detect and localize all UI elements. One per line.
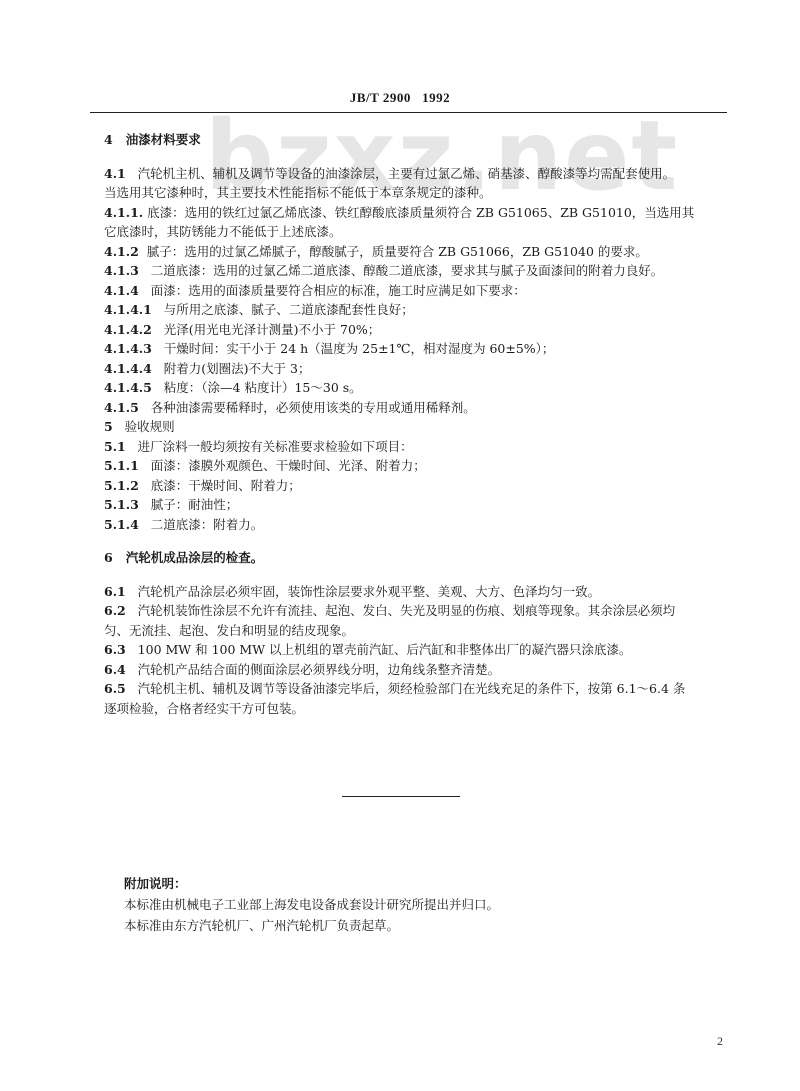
clause-text: 汽轮机装饰性涂层不允许有流挂、起泡、发白、失光及明显的伤痕、划痕等现象。其余涂层… — [138, 603, 676, 618]
clause-6-3: 6.3 100 MW 和 100 MW 以上机组的罩壳前汽缸、后汽缸和非整体出厂… — [104, 640, 724, 660]
clause-6-2-cont: 匀、无流挂、起泡、发白和明显的结皮现象。 — [104, 621, 724, 641]
end-of-text-rule — [342, 796, 460, 797]
clause-5-1: 5.1 进厂涂料一般均须按有关标准要求检验如下项目： — [104, 437, 724, 457]
clause-text: 附着力(划圈法)不大于 3； — [164, 361, 311, 376]
clause-text: 二道底漆：选用的过氯乙烯二道底漆、醇酸二道底漆，要求其与腻子及面漆间的附着力良好… — [151, 263, 664, 278]
clause-6-5-cont: 逐项检验，合格者经实干方可包装。 — [104, 699, 724, 719]
section-title: 验收规则 — [125, 419, 175, 434]
clause-number: 4.1.2 — [104, 242, 139, 262]
additional-notes: 附加说明： 本标准由机械电子工业部上海发电设备成套设计研究所提出并归口。 本标准… — [124, 873, 684, 936]
clause-4-1-4-1: 4.1.4.1 与所用之底漆、腻子、二道底漆配套性良好； — [104, 300, 724, 320]
clause-number: 5.1 — [104, 437, 126, 457]
clause-6-4: 6.4 汽轮机产品结合面的侧面涂层必须界线分明，边角线条整齐清楚。 — [104, 660, 724, 680]
clause-number: 4.1.4.3 — [104, 339, 152, 359]
section-heading-6: 6 汽轮机成品涂层的检查。 — [104, 548, 724, 568]
clause-text: 汽轮机主机、辅机及调节等设备油漆完毕后，须经检验部门在光线充足的条件下，按第 6… — [138, 681, 686, 696]
clause-6-5: 6.5 汽轮机主机、辅机及调节等设备油漆完毕后，须经检验部门在光线充足的条件下，… — [104, 679, 724, 699]
clause-5-1-4: 5.1.4 二道底漆：附着力。 — [104, 515, 724, 535]
clause-number: 6.3 — [104, 640, 126, 660]
clause-text: 腻子：选用的过氯乙烯腻子，醇酸腻子，质量要符合 ZB G51066，ZB G51… — [147, 244, 648, 259]
clause-4-1-2: 4.1.2 腻子：选用的过氯乙烯腻子，醇酸腻子，质量要符合 ZB G51066，… — [104, 242, 724, 262]
notes-line: 本标准由机械电子工业部上海发电设备成套设计研究所提出并归口。 — [124, 894, 684, 915]
clause-5-1-1: 5.1.1 面漆：漆膜外观颜色、干燥时间、光泽、附着力； — [104, 456, 724, 476]
clause-number: 6.4 — [104, 660, 126, 680]
notes-title: 附加说明： — [124, 873, 684, 894]
clause-number: 4.1.4 — [104, 281, 139, 301]
clause-text: 面漆：漆膜外观颜色、干燥时间、光泽、附着力； — [151, 458, 426, 473]
clause-4-1-1-cont: 它底漆时，其防锈能力不能低于上述底漆。 — [104, 222, 724, 242]
clause-4-1-4-3: 4.1.4.3 干燥时间：实干小于 24 h（温度为 25±1℃，相对湿度为 6… — [104, 339, 724, 359]
clause-number: 5.1.4 — [104, 515, 139, 535]
section-title: 汽轮机成品涂层的检查。 — [126, 550, 264, 565]
clause-text: 光泽(用光电光泽计测量)不小于 70%； — [164, 322, 381, 337]
clause-text: 与所用之底漆、腻子、二道底漆配套性良好； — [164, 302, 414, 317]
clause-number: 4.1.1. — [104, 203, 143, 223]
section-heading-5: 5 验收规则 — [104, 417, 724, 437]
clause-text: 底漆：选用的铁红过氯乙烯底漆、铁红醇酸底漆质量须符合 ZB G51065、ZB … — [147, 205, 694, 220]
clause-4-1-4-4: 4.1.4.4 附着力(划圈法)不大于 3； — [104, 359, 724, 379]
section-number: 6 — [104, 550, 113, 565]
clause-number: 4.1.4.4 — [104, 359, 152, 379]
clause-text: 面漆：选用的面漆质量要符合相应的标准，施工时应满足如下要求： — [151, 283, 526, 298]
clause-4-1-3: 4.1.3 二道底漆：选用的过氯乙烯二道底漆、醇酸二道底漆，要求其与腻子及面漆间… — [104, 261, 724, 281]
clause-text: 各种油漆需要稀释时，必须使用该类的专用或通用稀释剂。 — [151, 400, 476, 415]
section-number: 5 — [104, 417, 113, 437]
clause-number: 4.1.4.2 — [104, 320, 152, 340]
clause-6-2: 6.2 汽轮机装饰性涂层不允许有流挂、起泡、发白、失光及明显的伤痕、划痕等现象。… — [104, 601, 724, 621]
header-divider — [90, 112, 727, 113]
notes-line: 本标准由东方汽轮机厂、广州汽轮机厂负责起草。 — [124, 915, 684, 936]
clause-4-1-cont: 当选用其它漆种时，其主要技术性能指标不能低于本章条规定的漆种。 — [104, 183, 724, 203]
clause-text: 100 MW 和 100 MW 以上机组的罩壳前汽缸、后汽缸和非整体出厂的凝汽器… — [138, 642, 632, 657]
clause-text: 腻子：耐油性； — [151, 497, 239, 512]
clause-4-1: 4.1 汽轮机主机、辅机及调节等设备的油漆涂层，主要有过氯乙烯、硝基漆、醇酸漆等… — [104, 164, 724, 184]
section-number: 4 — [104, 132, 113, 147]
clause-5-1-2: 5.1.2 底漆：干燥时间、附着力； — [104, 476, 724, 496]
clause-4-1-4-2: 4.1.4.2 光泽(用光电光泽计测量)不小于 70%； — [104, 320, 724, 340]
clause-number: 5.1.1 — [104, 456, 139, 476]
clause-number: 4.1.3 — [104, 261, 139, 281]
clause-number: 4.1.4.1 — [104, 300, 152, 320]
clause-text: 二道底漆：附着力。 — [151, 517, 264, 532]
clause-number: 6.2 — [104, 601, 126, 621]
page-header-standard-number: JB/T 2900 1992 — [0, 90, 800, 106]
page-number: 2 — [717, 1034, 723, 1049]
clause-5-1-3: 5.1.3 腻子：耐油性； — [104, 495, 724, 515]
clause-4-1-4-5: 4.1.4.5 粘度：（涂—4 粘度计）15～30 s。 — [104, 378, 724, 398]
document-body: 4 油漆材料要求 4.1 汽轮机主机、辅机及调节等设备的油漆涂层，主要有过氯乙烯… — [104, 130, 724, 718]
clause-number: 5.1.2 — [104, 476, 139, 496]
clause-number: 4.1.4.5 — [104, 378, 152, 398]
clause-number: 5.1.3 — [104, 495, 139, 515]
clause-text: 汽轮机主机、辅机及调节等设备的油漆涂层，主要有过氯乙烯、硝基漆、醇酸漆等均需配套… — [138, 166, 676, 181]
clause-text: 干燥时间：实干小于 24 h（温度为 25±1℃，相对湿度为 60±5%）； — [164, 341, 555, 356]
clause-4-1-1: 4.1.1. 底漆：选用的铁红过氯乙烯底漆、铁红醇酸底漆质量须符合 ZB G51… — [104, 203, 724, 223]
clause-number: 6.5 — [104, 679, 126, 699]
clause-text: 汽轮机产品涂层必须牢固，装饰性涂层要求外观平整、美观、大方、色泽均匀一致。 — [138, 584, 601, 599]
clause-6-1: 6.1 汽轮机产品涂层必须牢固，装饰性涂层要求外观平整、美观、大方、色泽均匀一致… — [104, 582, 724, 602]
clause-text: 粘度：（涂—4 粘度计）15～30 s。 — [164, 380, 362, 395]
clause-4-1-5: 4.1.5 各种油漆需要稀释时，必须使用该类的专用或通用稀释剂。 — [104, 398, 724, 418]
section-title: 油漆材料要求 — [126, 132, 201, 147]
clause-number: 4.1 — [104, 164, 126, 184]
clause-number: 6.1 — [104, 582, 126, 602]
clause-text: 进厂涂料一般均须按有关标准要求检验如下项目： — [138, 439, 413, 454]
clause-text: 底漆：干燥时间、附着力； — [151, 478, 301, 493]
section-heading-4: 4 油漆材料要求 — [104, 130, 724, 150]
clause-4-1-4: 4.1.4 面漆：选用的面漆质量要符合相应的标准，施工时应满足如下要求： — [104, 281, 724, 301]
clause-text: 汽轮机产品结合面的侧面涂层必须界线分明，边角线条整齐清楚。 — [138, 662, 501, 677]
clause-number: 4.1.5 — [104, 398, 139, 418]
